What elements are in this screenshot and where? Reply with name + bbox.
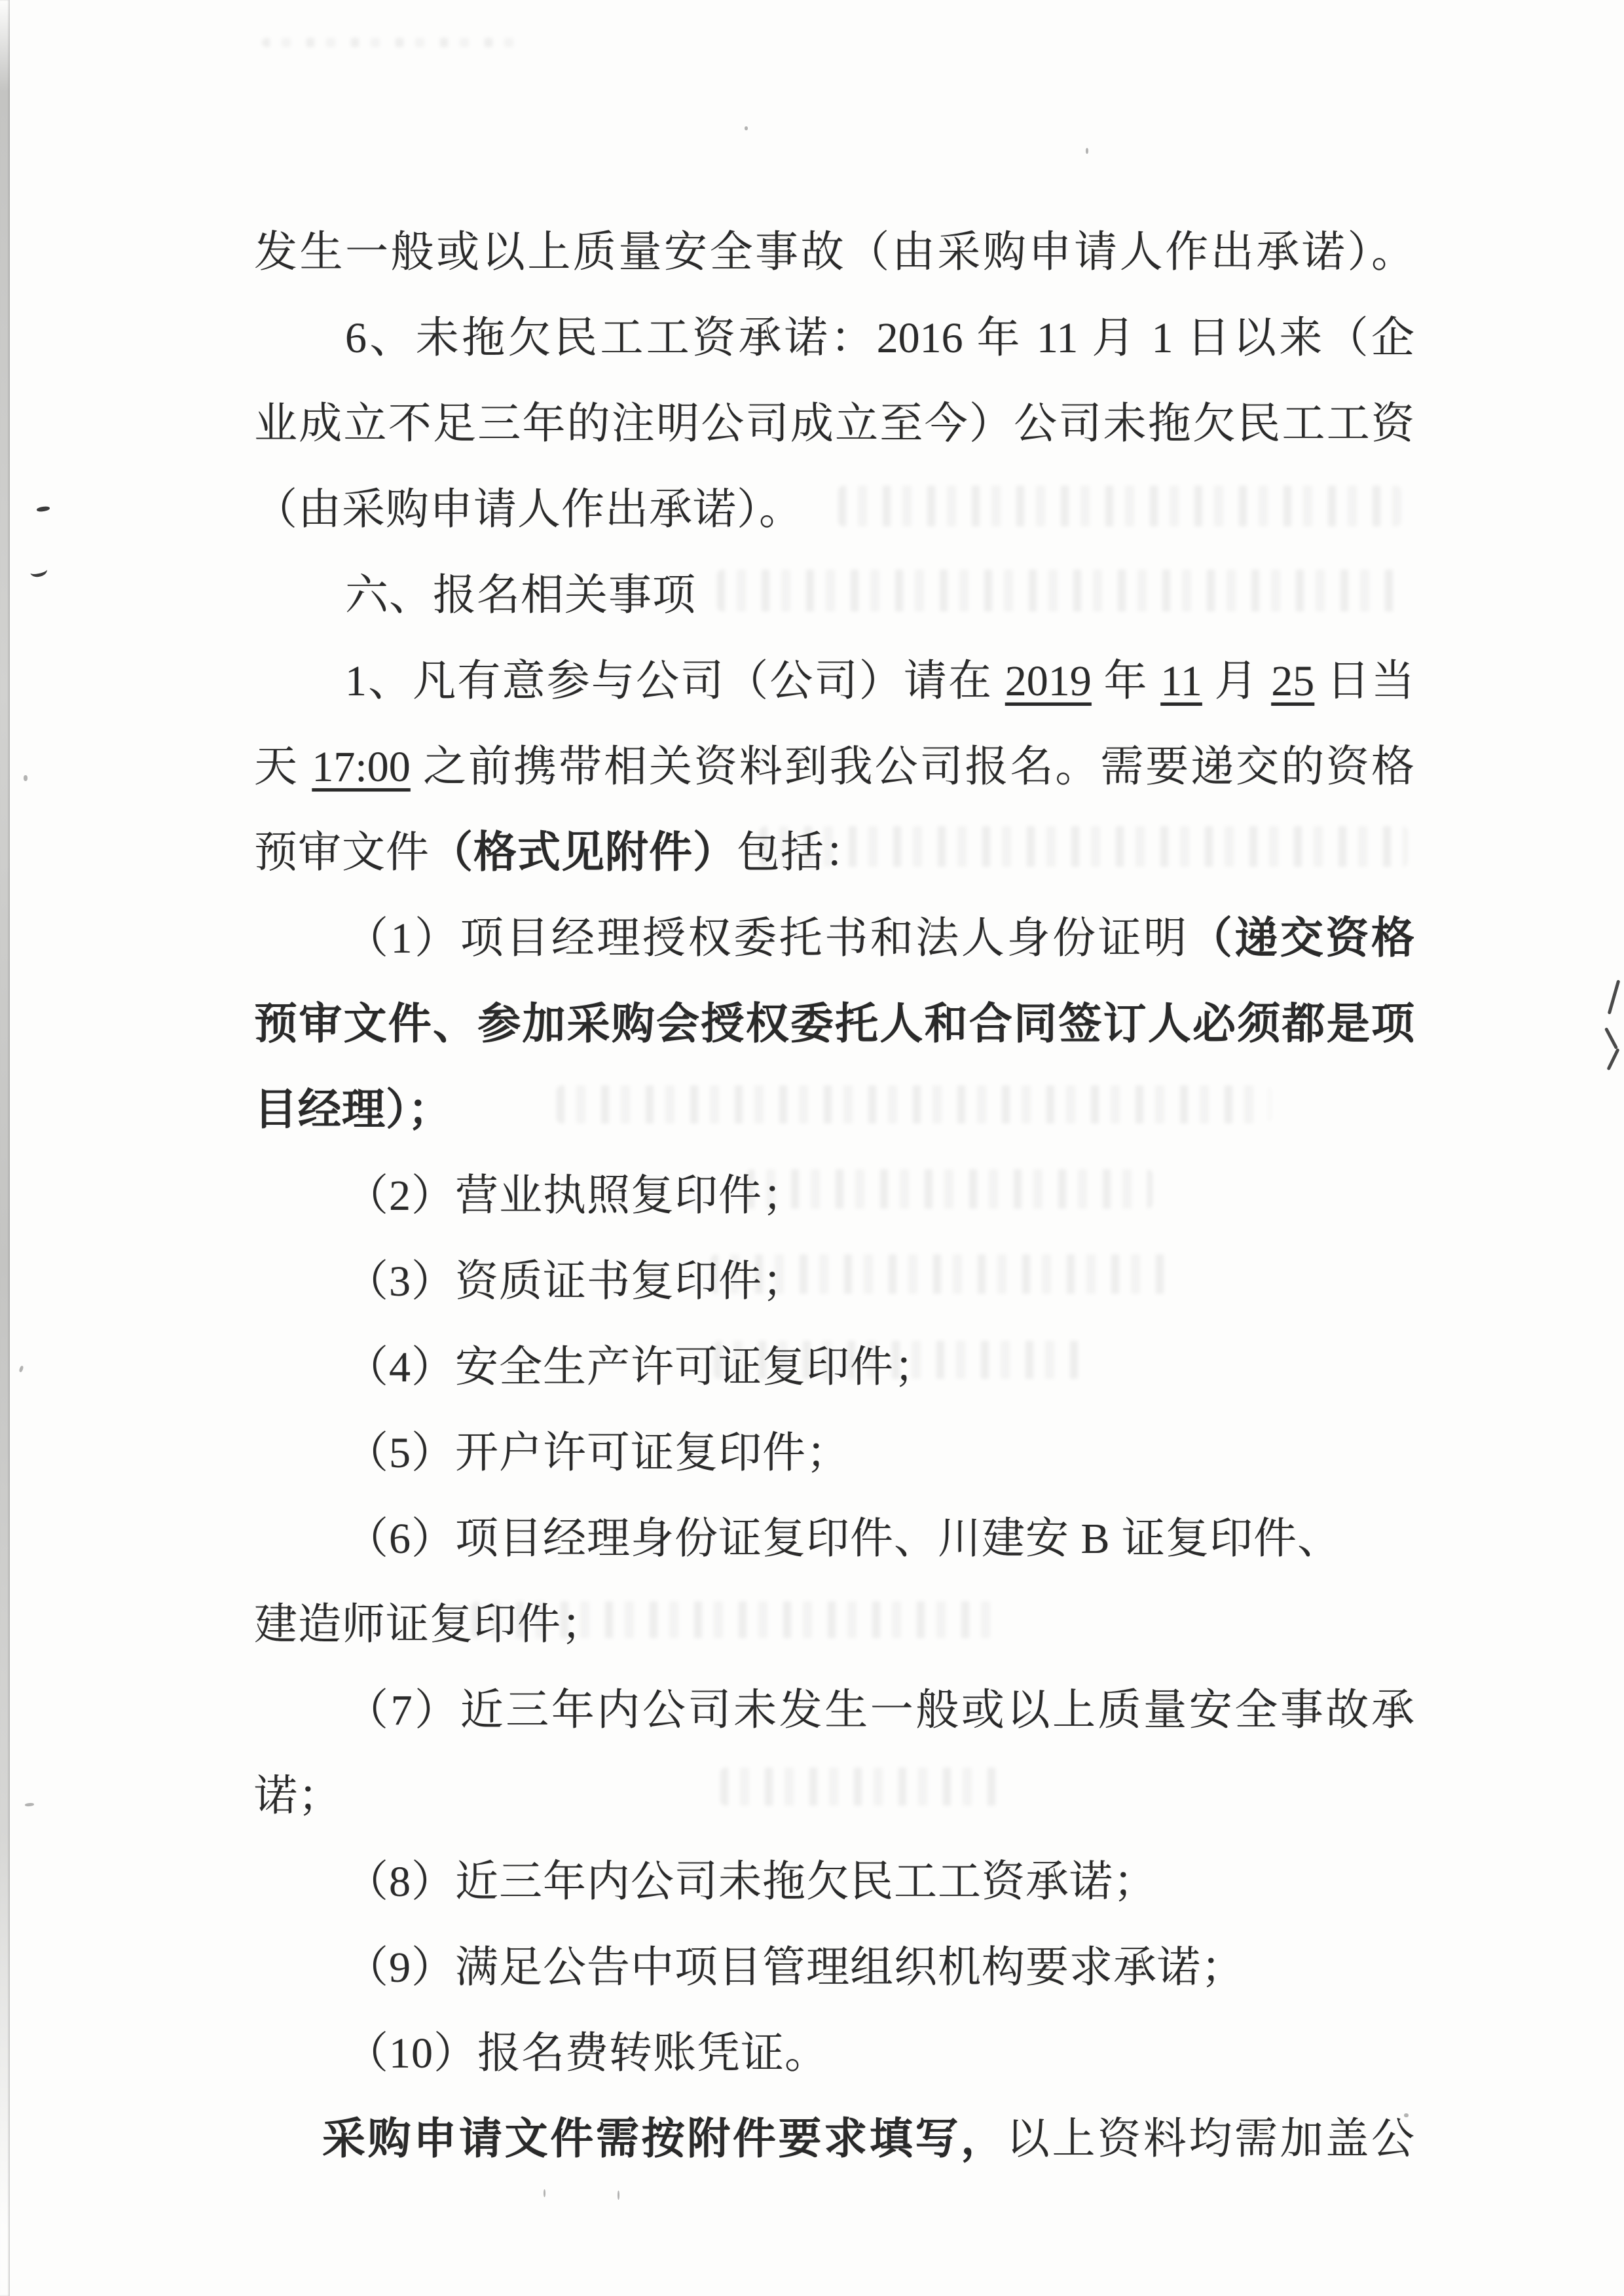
text-segment: 预审文件、参加采购会授权委托人和合同签订人必须都是项 (254, 1000, 1414, 1048)
text-line: （2）营业执照复印件； (254, 1153, 1414, 1239)
scan-speck (1086, 148, 1088, 154)
text-line: （1）项目经理授权委托书和法人身份证明（递交资格 (254, 896, 1414, 981)
text-segment: （5）开户许可证复印件； (345, 1429, 850, 1477)
scan-speck (18, 1365, 24, 1372)
text-segment: 1、凡有意参与公司（公司）请在 (345, 657, 1005, 705)
text-segment: 采购申请文件需按附件要求填写， (322, 2115, 1006, 2163)
scan-speck (745, 126, 748, 130)
text-line: 6、未拖欠民工工资承诺：2016 年 11 月 1 日以来（企 (254, 295, 1414, 381)
text-line: （7）近三年内公司未发生一般或以上质量安全事故承 (254, 1667, 1414, 1753)
text-segment: 发生一般或以上质量安全事故（由采购申请人作出承诺）。 (254, 228, 1414, 276)
text-segment: 六、报名相关事项 (345, 572, 696, 619)
text-segment: （格式见附件） (430, 829, 737, 877)
text-segment: （10）报名费转账凭证。 (345, 2030, 828, 2077)
scan-speck (29, 564, 48, 578)
text-segment: （6）项目经理身份证复印件、川建安 B 证复印件、 (345, 1515, 1341, 1563)
text-segment: 包括： (737, 829, 868, 877)
text-segment: 月 (1202, 657, 1271, 705)
text-segment: 11 (1160, 657, 1202, 705)
text-line: 诺； (254, 1753, 1414, 1839)
text-segment: 天 (254, 743, 312, 791)
text-segment: 之前携带相关资料到我公司报名。需要递交的资格 (411, 743, 1414, 791)
bleedthrough-ghost (262, 38, 524, 47)
text-line: 采购申请文件需按附件要求填写，以上资料均需加盖公 (254, 2096, 1414, 2182)
text-segment: 25 (1271, 657, 1314, 705)
pen-mark (1606, 1048, 1619, 1071)
scan-edge-artifact (0, 0, 10, 2296)
scan-speck (24, 775, 28, 781)
text-segment: （8）近三年内公司未拖欠民工工资承诺； (345, 1858, 1157, 1906)
document-page: 发生一般或以上质量安全事故（由采购申请人作出承诺）。6、未拖欠民工工资承诺：20… (0, 0, 1624, 2296)
text-segment: （递交资格 (1189, 915, 1414, 962)
text-line: 天 17:00 之前携带相关资料到我公司报名。需要递交的资格 (254, 724, 1414, 810)
text-segment: 2019 (1005, 657, 1092, 705)
text-segment: （9）满足公告中项目管理组织机构要求承诺； (345, 1944, 1245, 1992)
text-line: （由采购申请人作出承诺）。 (254, 467, 1414, 553)
pen-mark (1608, 979, 1621, 1014)
scan-speck (544, 2189, 545, 2197)
text-segment: 诺； (254, 1772, 342, 1820)
text-segment: 目经理）； (254, 1086, 452, 1134)
scan-speck (618, 2191, 619, 2200)
text-segment: 6、未拖欠民工工资承诺：2016 年 11 月 1 日以来（企 (345, 314, 1414, 362)
pen-mark (1604, 1027, 1618, 1049)
text-line: 建造师证复印件； (254, 1582, 1414, 1667)
text-segment: 日当 (1314, 657, 1414, 705)
text-line: 发生一般或以上质量安全事故（由采购申请人作出承诺）。 (254, 210, 1414, 295)
text-segment: 年 (1092, 657, 1160, 705)
text-segment: 业成立不足三年的注明公司成立至今）公司未拖欠民工工资 (254, 400, 1414, 448)
text-line: 1、凡有意参与公司（公司）请在 2019 年 11 月 25 日当 (254, 638, 1414, 724)
text-segment: （1）项目经理授权委托书和法人身份证明 (345, 915, 1189, 962)
text-line: 预审文件、参加采购会授权委托人和合同签订人必须都是项 (254, 981, 1414, 1067)
text-segment: 以上资料均需加盖公 (1006, 2115, 1414, 2163)
text-segment: （2）营业执照复印件； (345, 1172, 806, 1220)
text-line: （3）资质证书复印件； (254, 1239, 1414, 1324)
document-body: 发生一般或以上质量安全事故（由采购申请人作出承诺）。6、未拖欠民工工资承诺：20… (254, 210, 1414, 2182)
text-line: （6）项目经理身份证复印件、川建安 B 证复印件、 (254, 1496, 1414, 1582)
text-line: 业成立不足三年的注明公司成立至今）公司未拖欠民工工资 (254, 381, 1414, 467)
text-segment: （7）近三年内公司未发生一般或以上质量安全事故承 (345, 1686, 1414, 1734)
text-line: （4）安全生产许可证复印件； (254, 1324, 1414, 1410)
scan-speck (25, 1802, 34, 1806)
text-line: 六、报名相关事项 (254, 553, 1414, 638)
text-segment: （3）资质证书复印件； (345, 1258, 806, 1305)
text-segment: 建造师证复印件； (254, 1601, 605, 1649)
text-line: （10）报名费转账凭证。 (254, 2011, 1414, 2096)
text-segment: （由采购申请人作出承诺）。 (254, 486, 803, 534)
text-segment: （4）安全生产许可证复印件； (345, 1343, 938, 1391)
text-segment: 17:00 (312, 743, 410, 791)
text-segment: 预审文件 (254, 829, 430, 877)
scan-speck (37, 506, 50, 513)
text-line: （9）满足公告中项目管理组织机构要求承诺； (254, 1925, 1414, 2011)
text-line: 预审文件（格式见附件）包括： (254, 810, 1414, 896)
text-line: 目经理）； (254, 1067, 1414, 1153)
text-line: （5）开户许可证复印件； (254, 1410, 1414, 1496)
text-line: （8）近三年内公司未拖欠民工工资承诺； (254, 1839, 1414, 1925)
